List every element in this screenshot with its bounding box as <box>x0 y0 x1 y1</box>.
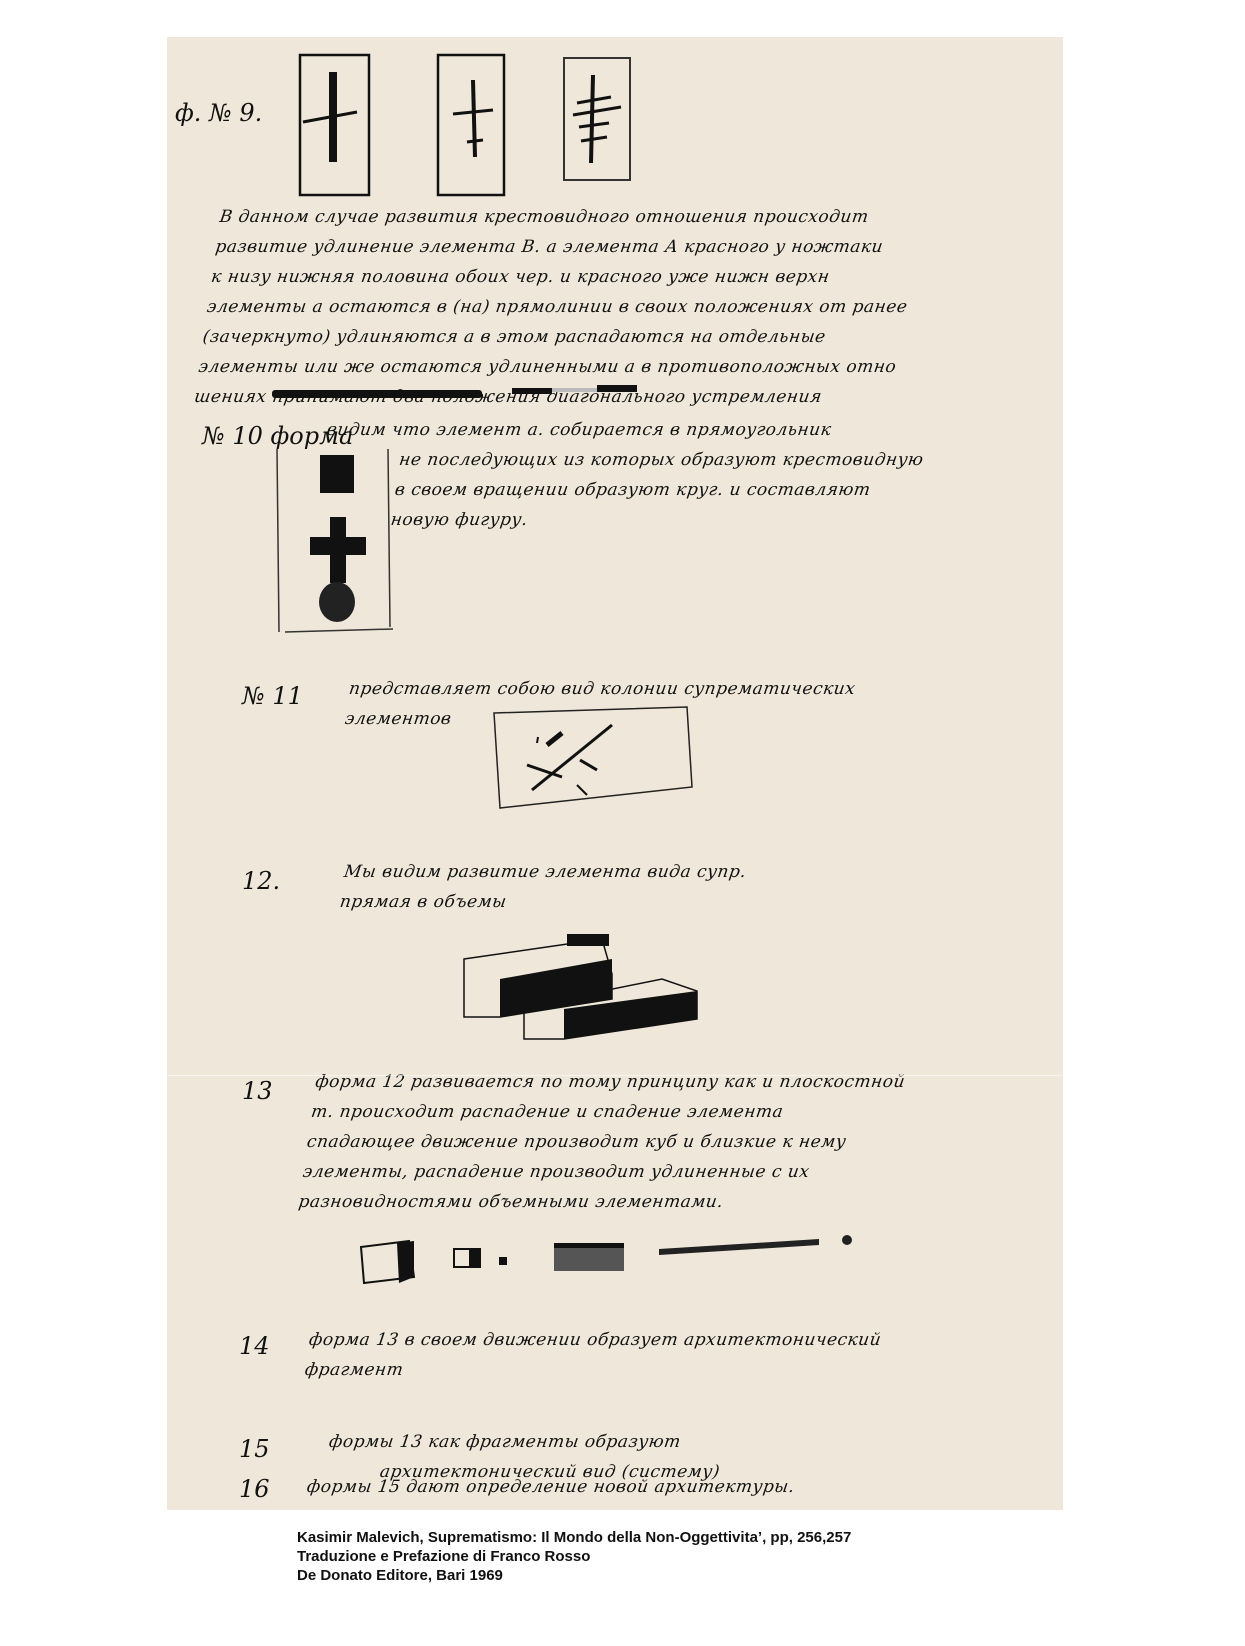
section-label-15: 15 <box>239 1435 270 1463</box>
volumetric-blocks-sketch <box>462 929 712 1054</box>
section-label-9: ф. № 9. <box>175 99 262 127</box>
suprematist-colony-sketch <box>492 705 702 815</box>
section-label-13: 13 <box>242 1077 273 1105</box>
square-cross-circle-sketch <box>275 447 395 637</box>
cross-sketch-2 <box>435 52 507 202</box>
caption-translation: Traduzione e Prefazione di Franco Rosso <box>297 1547 851 1566</box>
caption-publisher: De Donato Editore, Bari 1969 <box>297 1566 851 1585</box>
manuscript-page: ф. № 9. В данном случае развития крестов… <box>167 37 1063 1510</box>
figure-caption: Kasimir Malevich, Suprematismo: Il Mondo… <box>297 1528 851 1585</box>
caption-title: Kasimir Malevich, Suprematismo: Il Mondo… <box>297 1528 851 1547</box>
cross-sketch-1 <box>297 52 372 202</box>
section-13-text: форма 12 развивается по тому принципу ка… <box>296 1067 907 1217</box>
section-9-text: В данном случае развития крестовидного о… <box>192 202 922 412</box>
section-14-text: форма 13 в своем движении образует архит… <box>303 1325 883 1385</box>
diagonal-strokes <box>272 385 652 405</box>
section-10-text: не последующих из которых образуют крест… <box>389 445 926 535</box>
section-12-text: Мы видим развитие элемента вида супр. пр… <box>338 857 749 917</box>
section-label-12: 12. <box>242 867 280 895</box>
section-label-14: 14 <box>239 1332 270 1360</box>
section-16-text: формы 15 дают определение новой архитект… <box>305 1472 797 1502</box>
section-10-text-first: видим что элемент а. собирается в прямоу… <box>325 415 834 445</box>
section-label-16: 16 <box>239 1475 270 1503</box>
section-label-11: № 11 <box>242 682 303 710</box>
cross-sketch-3 <box>561 55 633 185</box>
cube-fragments-sketch <box>359 1237 869 1292</box>
